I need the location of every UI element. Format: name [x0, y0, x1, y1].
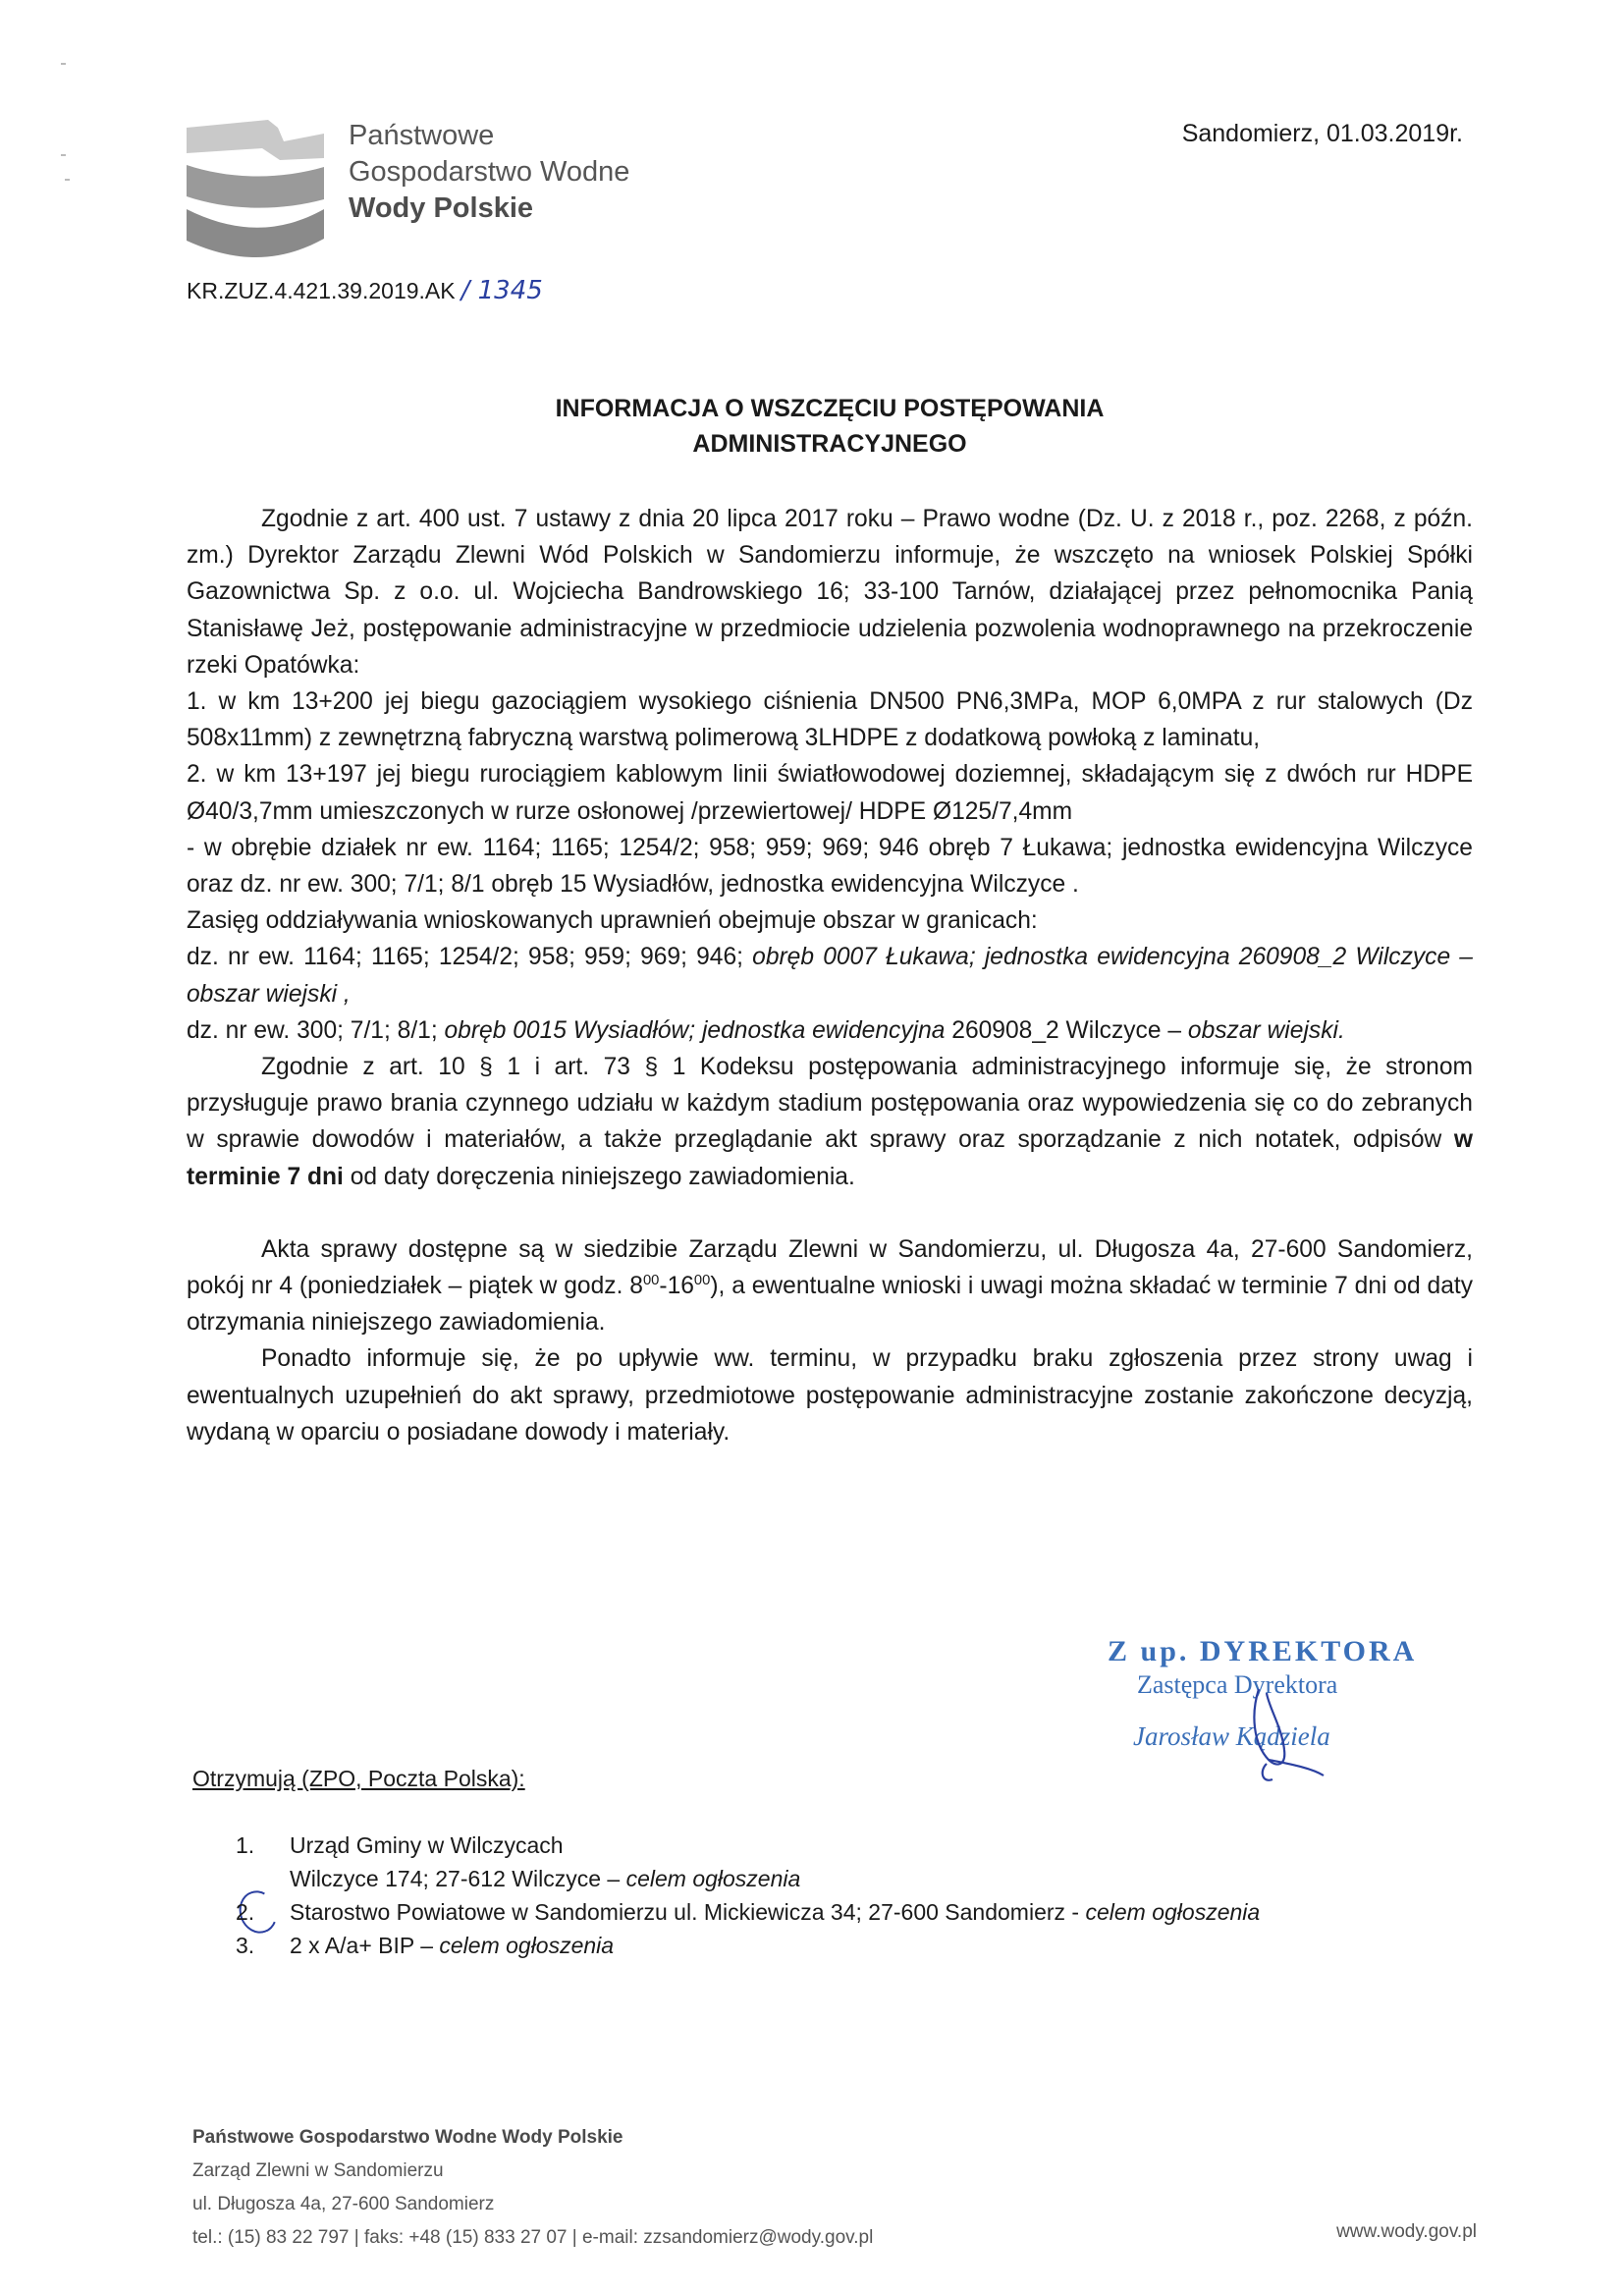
document-body: Zgodnie z art. 400 ust. 7 ustawy z dnia … [187, 501, 1473, 1450]
recipient-item: 2.Starostwo Powiatowe w Sandomierzu ul. … [236, 1895, 1260, 1929]
item-number: 1. [236, 1829, 290, 1862]
recipient-purpose: celem ogłoszenia [626, 1866, 801, 1891]
p2-after: od daty doręczenia niniejszego zawiadomi… [344, 1164, 855, 1190]
range1-plain: dz. nr ew. 1164; 1165; 1254/2; 958; 959;… [187, 944, 752, 970]
recipient-name: Urząd Gminy w Wilczycach [290, 1829, 564, 1862]
footer-address: ul. Długosza 4a, 27-600 Sandomierz [192, 2188, 873, 2221]
reference-number: KR.ZUZ.4.421.39.2019.AK/ 1345 [187, 276, 543, 305]
scan-artifact [61, 154, 66, 156]
stamp-line-1: Z up. DYREKTORA [1108, 1635, 1417, 1668]
place-and-date: Sandomierz, 01.03.2019r. [1182, 120, 1463, 148]
recipient-name: 2 x A/a+ BIP – [290, 1933, 439, 1958]
footer-contact: tel.: (15) 83 22 797 | faks: +48 (15) 83… [192, 2221, 873, 2255]
recipients-list: 1.Urząd Gminy w Wilczycach Wilczyce 174;… [236, 1829, 1260, 1962]
wody-polskie-logo-icon [182, 116, 339, 258]
footer-unit: Zarząd Zlewni w Sandomierzu [192, 2155, 873, 2188]
range2-plain: dz. nr ew. 300; 7/1; 8/1; [187, 1017, 445, 1044]
parcels-paragraph: - w obrębie działek nr ew. 1164; 1165; 1… [187, 830, 1473, 902]
handwritten-number: / 1345 [461, 276, 543, 305]
recipient-item: 3.2 x A/a+ BIP – celem ogłoszenia [236, 1929, 1260, 1962]
footer: Państwowe Gospodarstwo Wodne Wody Polski… [192, 2121, 873, 2255]
recipient-name: Starostwo Powiatowe w Sandomierzu ul. Mi… [290, 1899, 1085, 1925]
range2-plain2: 260908_2 Wilczyce – [945, 1017, 1187, 1044]
organization-name: Państwowe Gospodarstwo Wodne Wody Polski… [349, 118, 629, 227]
paragraph-conclusion: Ponadto informuje się, że po upływie ww.… [187, 1340, 1473, 1450]
list-item-1: 1. w km 13+200 jej biegu gazociągiem wys… [187, 683, 1473, 756]
footer-org: Państwowe Gospodarstwo Wodne Wody Polski… [192, 2121, 873, 2155]
org-line-3: Wody Polskie [349, 191, 629, 227]
list-item-2: 2. w km 13+197 jej biegu rurociągiem kab… [187, 756, 1473, 829]
range-line-2: dz. nr ew. 300; 7/1; 8/1; obręb 0015 Wys… [187, 1012, 1473, 1049]
paragraph-rights: Zgodnie z art. 10 § 1 i art. 73 § 1 Kode… [187, 1049, 1473, 1195]
recipient-purpose: celem ogłoszenia [1085, 1899, 1260, 1925]
paragraph-legal-basis: Zgodnie z art. 400 ust. 7 ustawy z dnia … [187, 501, 1473, 683]
scan-artifact [65, 179, 70, 181]
p2-before: Zgodnie z art. 10 § 1 i art. 73 § 1 Kode… [187, 1054, 1473, 1153]
item-number: 2. [236, 1895, 290, 1929]
recipient-address: Wilczyce 174; 27-612 Wilczyce – [290, 1866, 626, 1891]
handwritten-signature-icon [1208, 1669, 1335, 1787]
range-intro: Zasięg oddziaływania wnioskowanych upraw… [187, 902, 1473, 939]
range2-italic: obręb 0015 Wysiadłów; jednostka ewidency… [445, 1017, 946, 1044]
range-line-1: dz. nr ew. 1164; 1165; 1254/2; 958; 959;… [187, 939, 1473, 1011]
org-line-1: Państwowe [349, 118, 629, 154]
recipient-item: 1.Urząd Gminy w Wilczycach [236, 1829, 1260, 1862]
range2-italic2: obszar wiejski. [1188, 1017, 1345, 1044]
recipients-heading: Otrzymują (ZPO, Poczta Polska): [192, 1766, 525, 1792]
paragraph-files-access: Akta sprawy dostępne są w siedzibie Zarz… [187, 1231, 1473, 1341]
p3-mid: -16 [659, 1273, 694, 1299]
title-line-2: ADMINISTRACYJNEGO [187, 426, 1473, 462]
document-title: INFORMACJA O WSZCZĘCIU POSTĘPOWANIA ADMI… [187, 391, 1473, 462]
p3-sup1: 00 [643, 1273, 659, 1288]
recipient-item-address: Wilczyce 174; 27-612 Wilczyce – celem og… [236, 1862, 1260, 1895]
footer-website-link[interactable]: www.wody.gov.pl [1336, 2221, 1477, 2243]
recipient-purpose: celem ogłoszenia [439, 1933, 614, 1958]
org-line-2: Gospodarstwo Wodne [349, 154, 629, 191]
item-number: 3. [236, 1929, 290, 1962]
title-line-1: INFORMACJA O WSZCZĘCIU POSTĘPOWANIA [187, 391, 1473, 426]
p3-sup2: 00 [694, 1273, 710, 1288]
reference-code: KR.ZUZ.4.421.39.2019.AK [187, 278, 456, 303]
scan-artifact [61, 63, 66, 65]
